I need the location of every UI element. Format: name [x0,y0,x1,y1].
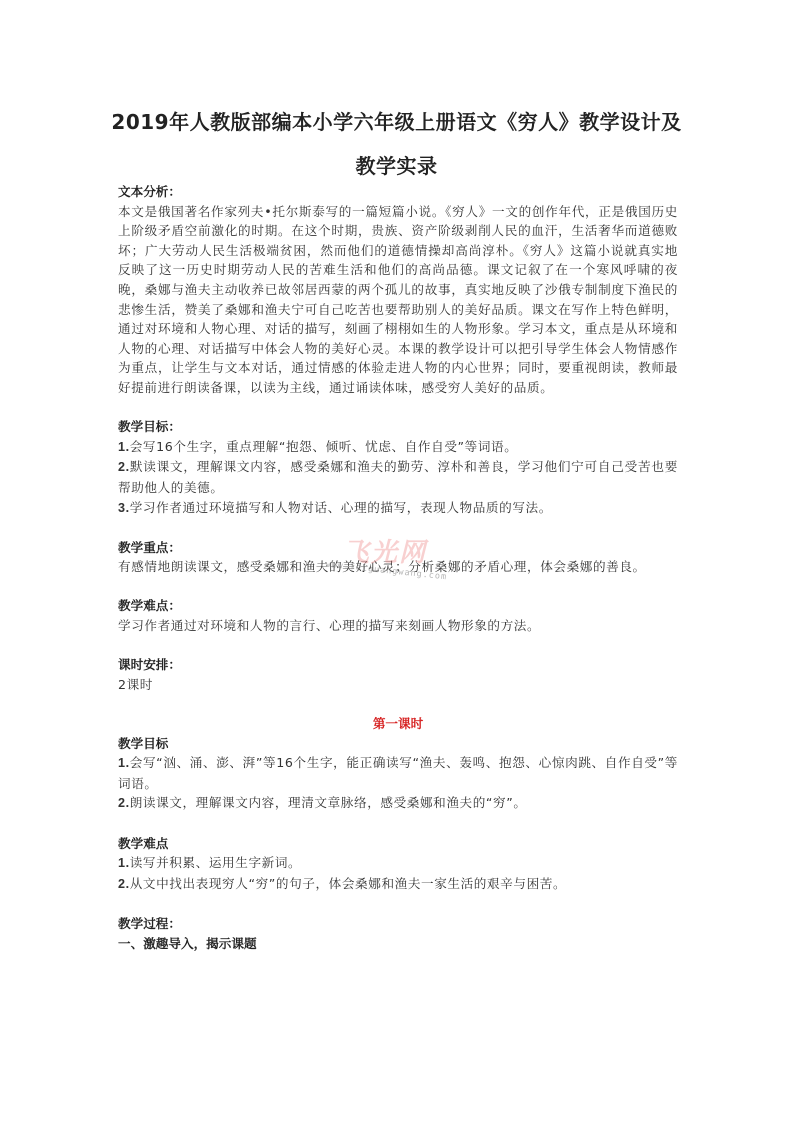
section-heading-teaching-goals: 教学目标： [118,417,678,437]
document-page: 2019年人教版部编本小学六年级上册语文《穷人》教学设计及 教学实录 文本分析：… [0,0,793,1122]
item-number: 1. [118,440,130,454]
item-text: 从文中找出表现穷人“穷”的句子，体会桑娜和渔夫一家生活的艰辛与困苦。 [130,876,566,891]
section-heading-key-points: 教学重点： [118,538,678,558]
item-text: 默读课文，理解课文内容，感受桑娜和渔夫的勤劳、淳朴和善良，学习他们宁可自己受苦也… [118,459,678,495]
item-text: 会写16个生字，重点理解“抱怨、倾听、忧虑、自作自受”等词语。 [130,439,518,454]
item-number: 3. [118,501,130,515]
item-text: 读写并积累、运用生字新词。 [130,855,302,870]
lesson-one-difficulties-heading: 教学难点 [118,834,678,854]
item-number: 2. [118,796,130,810]
lesson-one-difficulty-item: 2.从文中找出表现穷人“穷”的句子，体会桑娜和渔夫一家生活的艰辛与困苦。 [118,874,678,895]
document-title-line-1: 2019年人教版部编本小学六年级上册语文《穷人》教学设计及 [100,106,693,135]
document-body: 文本分析： 本文是俄国著名作家列夫•托尔斯泰写的一篇短篇小说。《穷人》一文的创作… [118,182,678,953]
lesson-one-goals-heading: 教学目标 [118,734,678,754]
lesson-one-heading: 第一课时 [118,714,678,734]
item-number: 2. [118,460,130,474]
item-number: 2. [118,877,130,891]
item-number: 1. [118,756,130,770]
section-heading-schedule: 课时安排： [118,655,678,675]
text-analysis-paragraph: 本文是俄国著名作家列夫•托尔斯泰写的一篇短篇小说。《穷人》一文的创作年代，正是俄… [118,202,678,398]
schedule-paragraph: 2课时 [118,675,678,695]
document-title-line-2: 教学实录 [100,150,693,179]
lesson-one-difficulty-item: 1.读写并积累、运用生字新词。 [118,853,678,874]
item-text: 会写“汹、涌、澎、湃”等16个生字，能正确读写“渔夫、轰鸣、抱怨、心惊肉跳、自作… [118,755,678,791]
lesson-one-goal-item: 1.会写“汹、涌、澎、湃”等16个生字，能正确读写“渔夫、轰鸣、抱怨、心惊肉跳、… [118,753,678,793]
item-text: 朗读课文，理解课文内容，理清文章脉络，感受桑娜和渔夫的“穷”。 [130,795,527,810]
teaching-goal-item: 3.学习作者通过环境描写和人物对话、心理的描写，表现人物品质的写法。 [118,498,678,519]
item-number: 1. [118,856,130,870]
section-heading-text-analysis: 文本分析： [118,182,678,202]
teaching-goal-item: 2.默读课文，理解课文内容，感受桑娜和渔夫的勤劳、淳朴和善良，学习他们宁可自己受… [118,457,678,497]
key-points-paragraph: 有感情地朗读课文，感受桑娜和渔夫的美好心灵；分析桑娜的矛盾心理，体会桑娜的善良。 [118,557,678,577]
lesson-one-process-heading: 教学过程： [118,914,678,934]
lesson-one-goal-item: 2.朗读课文，理解课文内容，理清文章脉络，感受桑娜和渔夫的“穷”。 [118,793,678,814]
process-step-heading: 一、激趣导入，揭示课题 [118,934,678,954]
difficulties-paragraph: 学习作者通过对环境和人物的言行、心理的描写来刻画人物形象的方法。 [118,616,678,636]
section-heading-difficulties: 教学难点： [118,596,678,616]
teaching-goal-item: 1.会写16个生字，重点理解“抱怨、倾听、忧虑、自作自受”等词语。 [118,437,678,458]
item-text: 学习作者通过环境描写和人物对话、心理的描写，表现人物品质的写法。 [130,500,552,515]
